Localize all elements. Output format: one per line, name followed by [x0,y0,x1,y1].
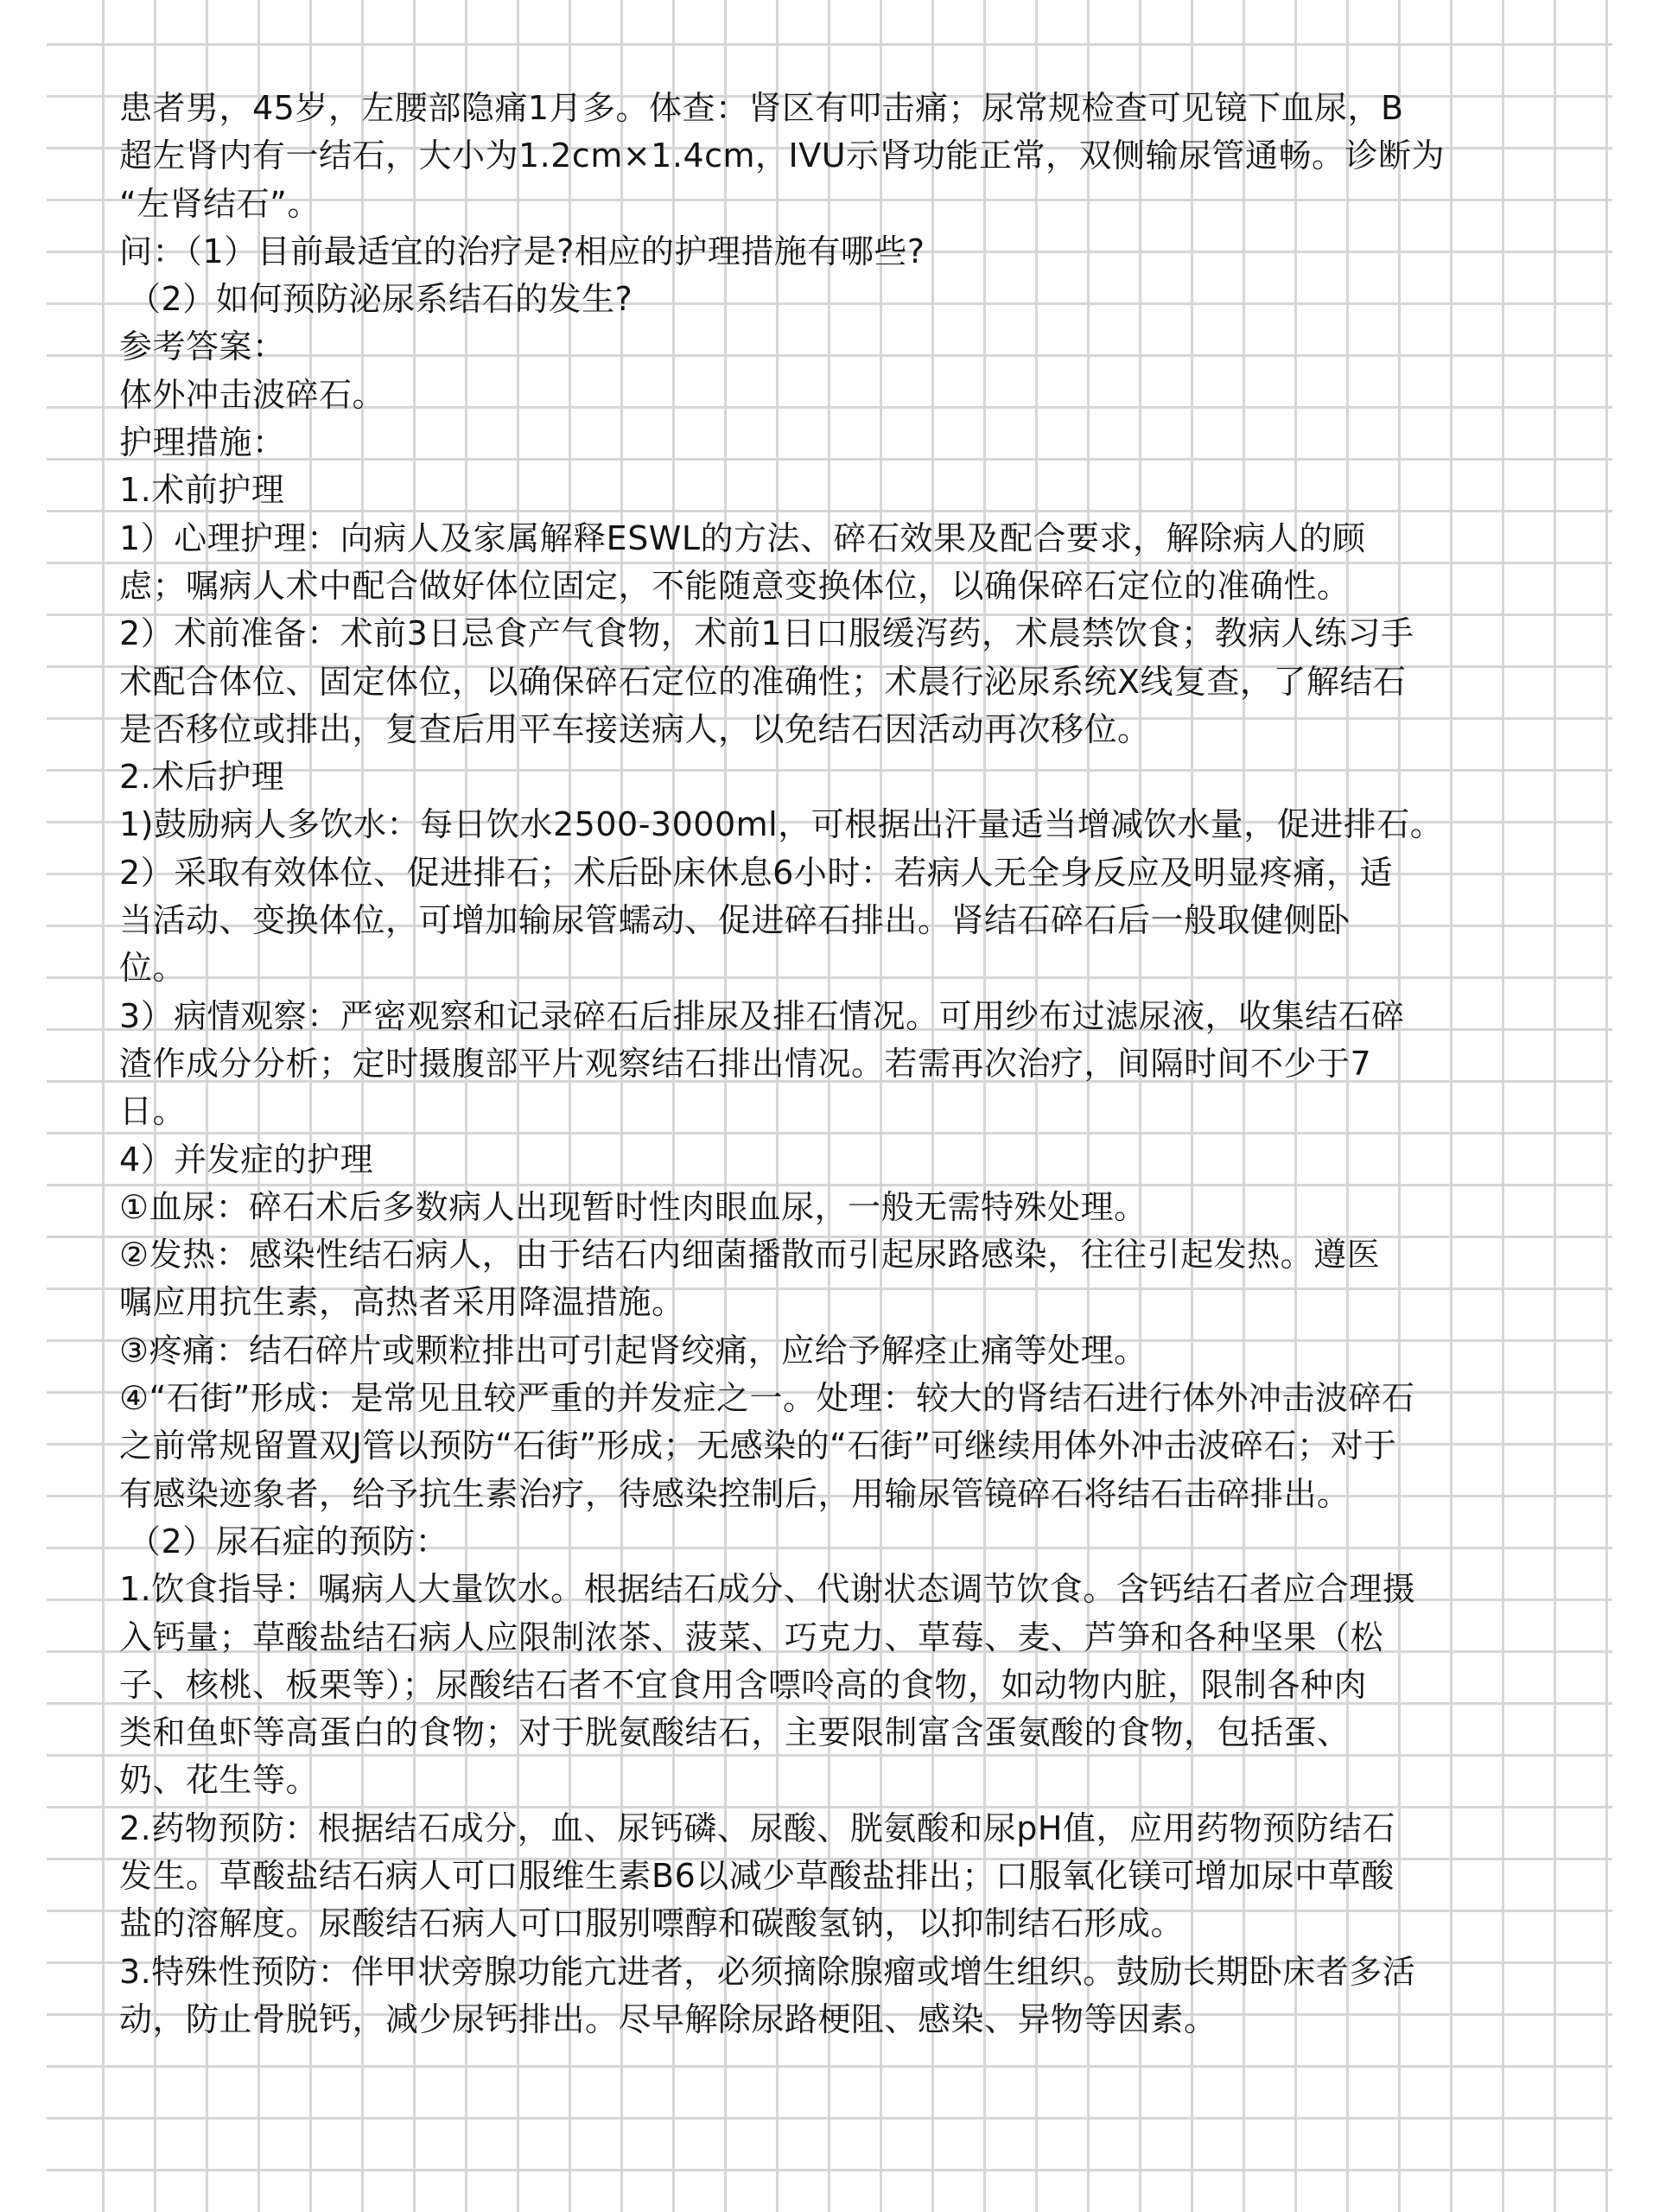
answer-text-line: 渣作成分分析；定时摄腹部平片观察结石排出情况。若需再次治疗，间隔时间不少于7 [119,1040,1623,1088]
answer-text-line: ④“石街”形成：是常见且较严重的并发症之一。处理：较大的肾结石进行体外冲击波碎石 [119,1375,1623,1422]
answer-text-line: 日。 [119,1088,1623,1135]
answer-text-line: 1.饮食指导：嘱病人大量饮水。根据结石成分、代谢状态调节饮食。含钙结石者应合理摄 [119,1566,1623,1613]
case-text-line: 超左肾内有一结石，大小为1.2cm×1.4cm，IVU示肾功能正常，双侧输尿管通… [119,132,1623,180]
answer-text-line: 2）采取有效体位、促进排石；术后卧床休息6小时：若病人无全身反应及明显疼痛，适 [119,849,1623,897]
answer-text-line: 2.药物预防：根据结石成分，血、尿钙磷、尿酸、胱氨酸和尿pH值，应用药物预防结石 [119,1805,1623,1853]
answer-text-line: 3.特殊性预防：伴甲状旁腺功能亢进者，必须摘除腺瘤或增生组织。鼓励长期卧床者多活 [119,1948,1623,1996]
answer-heading: 参考答案： [119,323,1623,371]
case-text-line: 患者男，45岁，左腰部隐痛1月多。体查：肾区有叩击痛；尿常规检查可见镜下血尿，B [119,85,1623,132]
question-line: （2）如何预防泌尿系结石的发生? [119,276,1623,323]
section-heading: 护理措施： [119,419,1623,467]
answer-text-line: 盐的溶解度。尿酸结石病人可口服别嘌醇和碳酸氢钠，以抑制结石形成。 [119,1900,1623,1948]
answer-text-line: 1)鼓励病人多饮水：每日饮水2500-3000ml，可根据出汗量适当增减饮水量，… [119,801,1623,849]
note-body: 患者男，45岁，左腰部隐痛1月多。体查：肾区有叩击痛；尿常规检查可见镜下血尿，B… [119,85,1623,2044]
answer-text-line: 体外冲击波碎石。 [119,372,1623,419]
section-heading: 2.术后护理 [119,753,1623,801]
answer-text-line: 之前常规留置双J管以预防“石街”形成；无感染的“石街”可继续用体外冲击波碎石；对… [119,1422,1623,1470]
answer-text-line: ②发热：感染性结石病人，由于结石内细菌播散而引起尿路感染，往往引起发热。遵医 [119,1231,1623,1279]
answer-text-line: 3）病情观察：严密观察和记录碎石后排尿及排石情况。可用纱布过滤尿液，收集结石碎 [119,993,1623,1040]
answer-text-line: 子、核桃、板栗等）；尿酸结石者不宜食用含嘌呤高的食物，如动物内脏，限制各种肉 [119,1662,1623,1709]
case-text-line: “左肾结石”。 [119,181,1623,228]
answer-text-line: 2）术前准备：术前3日忌食产气食物，术前1日口服缓泻药，术晨禁饮食；教病人练习手 [119,610,1623,658]
answer-text-line: ③疼痛：结石碎片或颗粒排出可引起肾绞痛，应给予解痉止痛等处理。 [119,1327,1623,1375]
answer-text-line: 奶、花生等。 [119,1757,1623,1804]
answer-text-line: 位。 [119,944,1623,992]
answer-text-line: 入钙量；草酸盐结石病人应限制浓茶、菠菜、巧克力、草莓、麦、芦笋和各种坚果（松 [119,1614,1623,1662]
answer-text-line: 发生。草酸盐结石病人可口服维生素B6以减少草酸盐排出；口服氧化镁可增加尿中草酸 [119,1853,1623,1900]
answer-text-line: 虑；嘱病人术中配合做好体位固定，不能随意变换体位，以确保碎石定位的准确性。 [119,563,1623,610]
section-heading: 1.术前护理 [119,467,1623,514]
section-heading: （2）尿石症的预防： [119,1518,1623,1566]
answer-text-line: 是否移位或排出，复查后用平车接送病人，以免结石因活动再次移位。 [119,706,1623,753]
answer-text-line: 类和鱼虾等高蛋白的食物；对于胱氨酸结石，主要限制富含蛋氨酸的食物，包括蛋、 [119,1709,1623,1757]
answer-text-line: 嘱应用抗生素，高热者采用降温措施。 [119,1279,1623,1326]
question-line: 问：（1）目前最适宜的治疗是?相应的护理措施有哪些? [119,228,1623,276]
answer-text-line: 动，防止骨脱钙，减少尿钙排出。尽早解除尿路梗阻、感染、异物等因素。 [119,1996,1623,2044]
section-heading: 4）并发症的护理 [119,1136,1623,1184]
answer-text-line: 1）心理护理：向病人及家属解释ESWL的方法、碎石效果及配合要求，解除病人的顾 [119,515,1623,563]
answer-text-line: 术配合体位、固定体位，以确保碎石定位的准确性；术晨行泌尿系统X线复查，了解结石 [119,658,1623,706]
answer-text-line: ①血尿：碎石术后多数病人出现暂时性肉眼血尿，一般无需特殊处理。 [119,1184,1623,1231]
answer-text-line: 当活动、变换体位，可增加输尿管蠕动、促进碎石排出。肾结石碎石后一般取健侧卧 [119,897,1623,944]
answer-text-line: 有感染迹象者，给予抗生素治疗，待感染控制后，用输尿管镜碎石将结石击碎排出。 [119,1471,1623,1518]
